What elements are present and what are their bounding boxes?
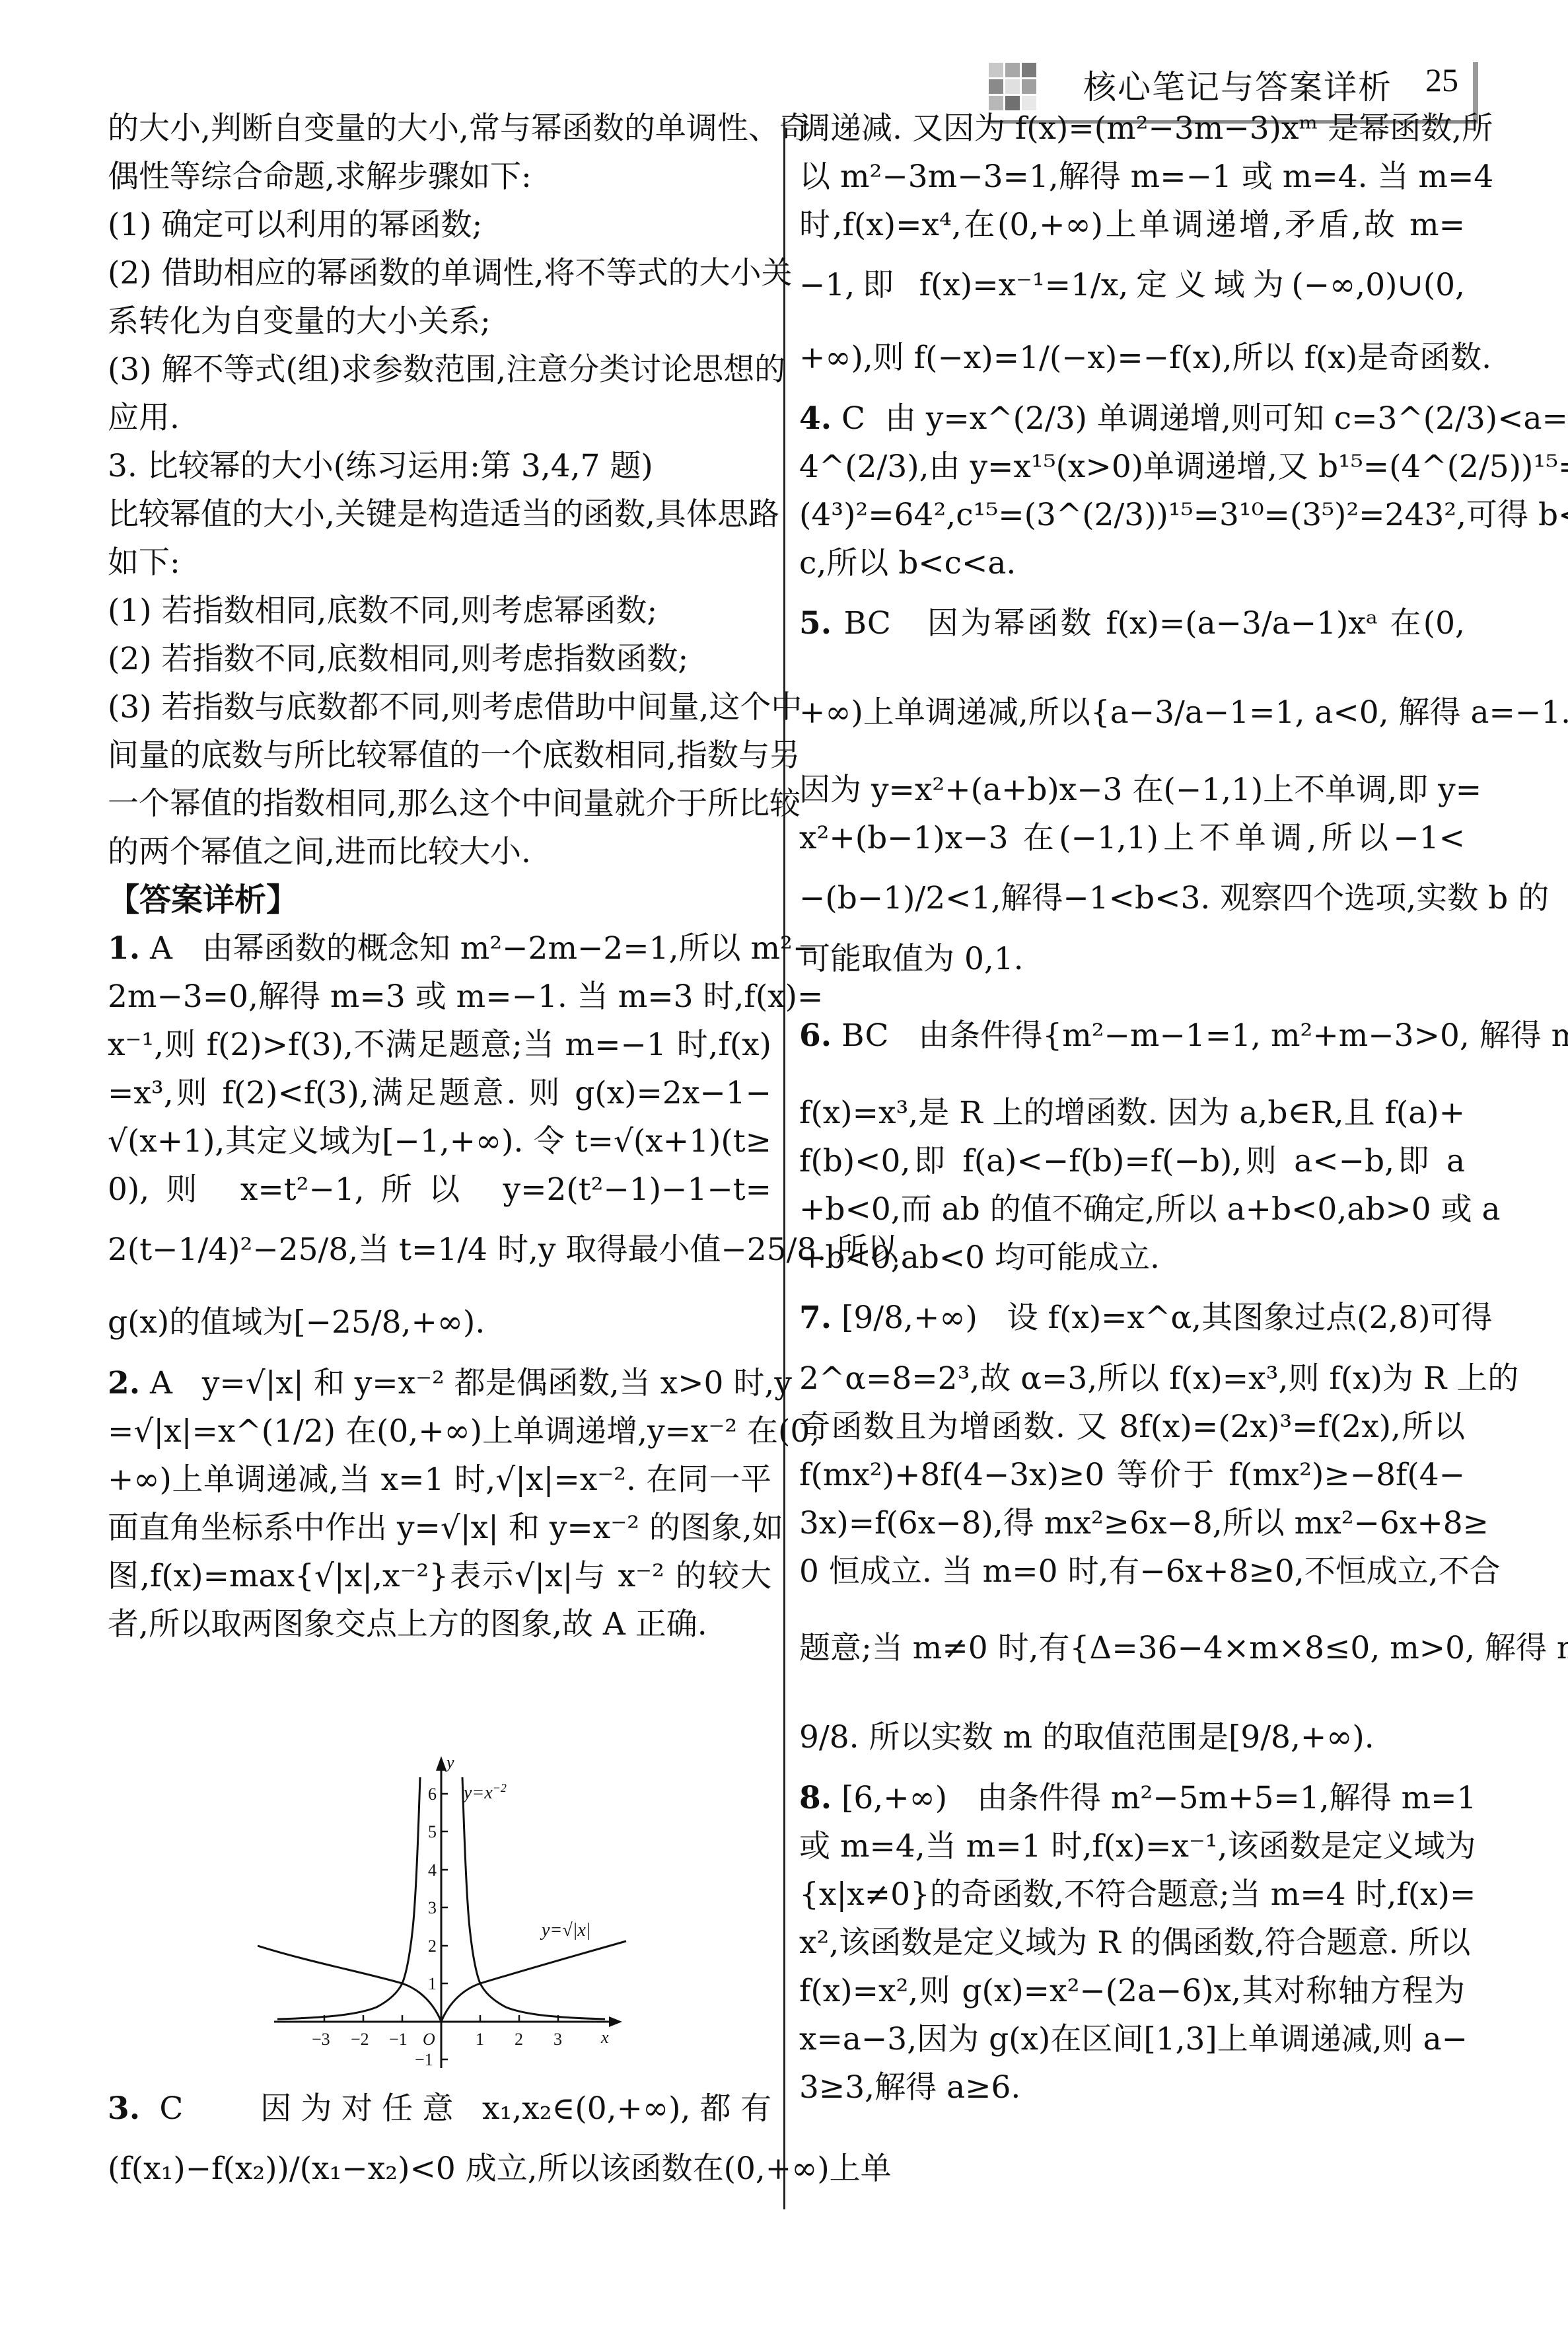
answer-line: (4³)²=64²,c¹⁵=(3^(2/3))¹⁵=3¹⁰=(3⁵)²=243²… [799, 491, 1465, 539]
page-number: 25 [1425, 61, 1458, 99]
svg-text:1: 1 [428, 1974, 437, 1993]
svg-text:−1: −1 [389, 2030, 408, 2049]
answer-line: √(x+1),其定义域为[−1,+∞). 令 t=√(x+1)(t≥ [108, 1117, 771, 1165]
answer-line: 奇函数且为增函数. 又 8f(x)=(2x)³=f(2x),所以 [799, 1403, 1465, 1451]
answer-line: 9/8. 所以实数 m 的取值范围是[9/8,+∞). [799, 1701, 1465, 1774]
text-line: 的两个幂值之间,进而比较大小. [108, 828, 771, 876]
answer-line: 5. BC 因为幂函数 f(x)=(a−3/a−1)xᵃ 在(0, [799, 587, 1465, 660]
answer-choice: C [841, 400, 865, 437]
text-line: (3) 若指数与底数都不同,则考虑借助中间量,这个中 [108, 683, 771, 731]
curve-labels: y=x−2 y=√|x| [462, 1781, 591, 1940]
answer-choice: C [159, 2090, 183, 2127]
answer-line: 1. A 由幂函数的概念知 m²−2m−2=1,所以 m²− [108, 924, 771, 973]
answer-line: 4. C 由 y=x^(2/3) 单调递增,则可知 c=3^(2/3)<a=2^… [799, 394, 1465, 443]
answer-line: =x³,则 f(2)<f(3),满足题意. 则 g(x)=2x−1− [108, 1069, 771, 1117]
x-axis-arrow-icon [609, 2016, 622, 2027]
text-line: 间量的底数与所比较幂值的一个底数相同,指数与另 [108, 731, 771, 780]
svg-text:−2: −2 [351, 2030, 369, 2049]
svg-text:3: 3 [553, 2030, 562, 2049]
answer-line: 6. BC 由条件得{m²−m−1=1, m²+m−3>0, 解得 m=2,所以 [799, 983, 1465, 1089]
text-line: (1) 确定可以利用的幂函数; [108, 201, 771, 249]
svg-text:−1: −1 [415, 2050, 433, 2069]
logo-square [1022, 63, 1036, 77]
svg-text:5: 5 [428, 1822, 437, 1841]
text-line: 调递减. 又因为 f(x)=(m²−3m−3)xᵐ 是幂函数,所 [799, 104, 1465, 153]
logo-square [1005, 79, 1020, 94]
text-line: (2) 借助相应的幂函数的单调性,将不等式的大小关 [108, 249, 771, 297]
text-line: 系转化为自变量的大小关系; [108, 297, 771, 346]
answer-line: 因为 y=x²+(a+b)x−3 在(−1,1)上不单调,即 y= [799, 766, 1465, 814]
svg-text:6: 6 [428, 1785, 437, 1804]
answer-number: 1. [108, 930, 140, 967]
answer-line: 者,所以取两图象交点上方的图象,故 A 正确. [108, 1600, 771, 1648]
answer-line: x²,该函数是定义域为 R 的偶函数,符合题意. 所以 [799, 1919, 1465, 1967]
answer-line: 3≥3,解得 a≥6. [799, 2063, 1465, 2112]
answer-line: 图,f(x)=max{√|x|,x⁻²}表示√|x|与 x⁻² 的较大 [108, 1552, 771, 1600]
answer-number: 6. [799, 1017, 832, 1054]
answer-choice: BC [841, 1017, 888, 1054]
answer-line: 7. [9/8,+∞) 设 f(x)=x^α,其图象过点(2,8)可得 [799, 1282, 1465, 1354]
answer-line: f(x)=x²,则 g(x)=x²−(2a−6)x,其对称轴方程为 [799, 1967, 1465, 2015]
answer-line: x⁻¹,则 f(2)>f(3),不满足题意;当 m=−1 时,f(x) [108, 1021, 771, 1069]
answer-number: 2. [108, 1365, 140, 1401]
answer-3: 3. C 因为对任意 x₁,x₂∈(0,+∞),都有 (f(x₁)−f(x₂))… [108, 2085, 771, 2205]
answer-line: 2. A y=√|x| 和 y=x⁻² 都是偶函数,当 x>0 时,y [108, 1359, 771, 1407]
text-line: 的大小,判断自变量的大小,常与幂函数的单调性、奇 [108, 104, 771, 153]
svg-text:2: 2 [515, 2030, 523, 2049]
answer-line: 0),则 x=t²−1,所以 y=2(t²−1)−1−t= [108, 1165, 771, 1214]
answer-choice: A [150, 930, 172, 967]
left-column-bottom: 3. C 因为对任意 x₁,x₂∈(0,+∞),都有 (f(x₁)−f(x₂))… [108, 2085, 771, 2205]
answer-choice: BC [843, 605, 890, 642]
answer-1: 1. A 由幂函数的概念知 m²−2m−2=1,所以 m²− 2m−3=0,解得… [108, 924, 771, 1359]
answer-number: 3. [108, 2090, 140, 2127]
function-graph-figure: −3−2−1 O 123 x 123 456 −1 y y=x−2 y=√|x| [258, 1744, 641, 2075]
label-sqrt-abs-x: y=√|x| [540, 1920, 591, 1940]
svg-text:2: 2 [428, 1937, 437, 1956]
text-line: (1) 若指数相同,底数不同,则考虑幂函数; [108, 587, 771, 635]
left-column: 的大小,判断自变量的大小,常与幂函数的单调性、奇 偶性等综合命题,求解步骤如下:… [108, 104, 771, 1648]
answer-text: 因为幂函数 f(x)=(a−3/a−1)xᵃ 在(0, [927, 605, 1465, 642]
text-line: 如下: [108, 538, 771, 587]
answer-5: 5. BC 因为幂函数 f(x)=(a−3/a−1)xᵃ 在(0, +∞)上单调… [799, 587, 1465, 983]
answer-line: f(b)<0,即 f(a)<−f(b)=f(−b),则 a<−b,即 a [799, 1137, 1465, 1185]
text-line: (3) 解不等式(组)求参数范围,注意分类讨论思想的 [108, 346, 771, 394]
subsection-heading: 3. 比较幂的大小(练习运用:第 3,4,7 题) [108, 442, 771, 490]
answer-line: 面直角坐标系中作出 y=√|x| 和 y=x⁻² 的图象,如 [108, 1504, 771, 1552]
answer-line: 8. [6,+∞) 由条件得 m²−5m+5=1,解得 m=1 [799, 1774, 1465, 1822]
answer-line: =√|x|=x^(1/2) 在(0,+∞)上单调递增,y=x⁻² 在(0, [108, 1407, 771, 1456]
logo-square [1005, 63, 1020, 77]
answer-line: 0 恒成立. 当 m=0 时,有−6x+8≥0,不恒成立,不合 [799, 1547, 1465, 1596]
answer-line: 3x)=f(6x−8),得 mx²≥6x−8,所以 mx²−6x+8≥ [799, 1499, 1465, 1547]
answer-6: 6. BC 由条件得{m²−m−1=1, m²+m−3>0, 解得 m=2,所以… [799, 983, 1465, 1282]
svg-text:4: 4 [428, 1861, 437, 1880]
answer-choice: A [150, 1365, 172, 1401]
svg-text:O: O [423, 2030, 435, 2049]
column-divider [783, 118, 785, 2209]
answer-7: 7. [9/8,+∞) 设 f(x)=x^α,其图象过点(2,8)可得 2^α=… [799, 1282, 1465, 1774]
svg-text:x: x [600, 2028, 609, 2047]
answer-text: 由幂函数的概念知 m²−2m−2=1,所以 m²− [202, 930, 818, 967]
answer-number: 4. [799, 400, 832, 437]
answer-text: 因为对任意 x₁,x₂∈(0,+∞),都有 [260, 2090, 771, 2127]
answer-line: +∞)上单调递减,当 x=1 时,√|x|=x⁻². 在同一平 [108, 1456, 771, 1504]
answer-8: 8. [6,+∞) 由条件得 m²−5m+5=1,解得 m=1 或 m=4,当 … [799, 1774, 1465, 2112]
text-line: 以 m²−3m−3=1,解得 m=−1 或 m=4. 当 m=4 [799, 153, 1465, 201]
answer-line: c,所以 b<c<a. [799, 539, 1465, 587]
graph-svg: −3−2−1 O 123 x 123 456 −1 y y=x−2 y=√|x| [258, 1744, 641, 2075]
answer-choice: [6,+∞) [841, 1780, 947, 1816]
answer-4: 4. C 由 y=x^(2/3) 单调递增,则可知 c=3^(2/3)<a=2^… [799, 394, 1465, 587]
text-line: 一个幂值的指数相同,那么这个中间量就介于所比较 [108, 780, 771, 828]
text-line: +∞),则 f(−x)=1/(−x)=−f(x),所以 f(x)是奇函数. [799, 322, 1465, 394]
text-line: 应用. [108, 394, 771, 442]
text-line: 比较幂值的大小,关键是构造适当的函数,具体思路 [108, 490, 771, 538]
text-line: 时,f(x)=x⁴,在(0,+∞)上单调递增,矛盾,故 m= [799, 201, 1465, 249]
answer-line: 或 m=4,当 m=1 时,f(x)=x⁻¹,该函数是定义域为 [799, 1822, 1465, 1870]
answer-line: +∞)上单调递减,所以{a−3/a−1=1, a<0, 解得 a=−1. [799, 660, 1465, 766]
answer-line: (f(x₁)−f(x₂))/(x₁−x₂)<0 成立,所以该函数在(0,+∞)上… [108, 2133, 771, 2205]
right-column: 调递减. 又因为 f(x)=(m²−3m−3)xᵐ 是幂函数,所 以 m²−3m… [799, 104, 1465, 2112]
answer-line: x²+(b−1)x−3 在(−1,1)上不单调,所以−1< [799, 814, 1465, 862]
answer-line: 2m−3=0,解得 m=3 或 m=−1. 当 m=3 时,f(x)= [108, 973, 771, 1021]
svg-text:3: 3 [428, 1898, 437, 1917]
answer-choice: [9/8,+∞) [841, 1300, 978, 1336]
label-x-inverse-square: y=x−2 [462, 1781, 507, 1803]
answer-2: 2. A y=√|x| 和 y=x⁻² 都是偶函数,当 x>0 时,y =√|x… [108, 1359, 771, 1648]
section-title-answers: 【答案详析】 [108, 876, 771, 924]
answer-line: f(mx²)+8f(4−3x)≥0 等价于 f(mx²)≥−8f(4− [799, 1451, 1465, 1499]
answer-number: 7. [799, 1300, 832, 1336]
svg-text:−3: −3 [312, 2030, 330, 2049]
text-line: (2) 若指数不同,底数相同,则考虑指数函数; [108, 635, 771, 683]
logo-square [989, 63, 1003, 77]
answer-line: g(x)的值域为[−25/8,+∞). [108, 1286, 771, 1359]
answer-line: 2(t−1/4)²−25/8,当 t=1/4 时,y 取得最小值−25/8. 所… [108, 1214, 771, 1286]
answer-number: 8. [799, 1780, 832, 1816]
header-logo-icon [989, 63, 1036, 110]
answer-line: 题意;当 m≠0 时,有{Δ=36−4×m×8≤0, m>0, 解得 m≥ [799, 1596, 1465, 1701]
answer-text: 由条件得 m²−5m+5=1,解得 m=1 [977, 1780, 1477, 1816]
answer-text: y=√|x| 和 y=x⁻² 都是偶函数,当 x>0 时,y [202, 1365, 792, 1401]
answer-line: +b<0,而 ab 的值不确定,所以 a+b<0,ab>0 或 a [799, 1185, 1465, 1234]
answer-text: 由 y=x^(2/3) 单调递增,则可知 c=3^(2/3)<a=2^(4/3)… [885, 400, 1568, 437]
running-header-title: 核心笔记与答案详析 [1083, 61, 1392, 108]
y-axis-arrow-icon [436, 1756, 446, 1771]
answer-line: 4^(2/3),由 y=x¹⁵(x>0)单调递增,又 b¹⁵=(4^(2/5))… [799, 443, 1465, 491]
answer-line: f(x)=x³,是 R 上的增函数. 因为 a,b∈R,且 f(a)+ [799, 1089, 1465, 1137]
answer-line: {x|x≠0}的奇函数,不符合题意;当 m=4 时,f(x)= [799, 1870, 1465, 1919]
logo-square [989, 79, 1003, 94]
answer-line: 可能取值为 0,1. [799, 935, 1465, 983]
answer-line: x=a−3,因为 g(x)在区间[1,3]上单调递减,则 a− [799, 2015, 1465, 2063]
answer-line: 2^α=8=2³,故 α=3,所以 f(x)=x³,则 f(x)为 R 上的 [799, 1354, 1465, 1403]
answer-text: 由条件得{m²−m−1=1, m²+m−3>0, 解得 m=2,所以 [918, 1017, 1568, 1054]
answer-line: −(b−1)/2<1,解得−1<b<3. 观察四个选项,实数 b 的 [799, 862, 1465, 935]
answer-text: 设 f(x)=x^α,其图象过点(2,8)可得 [1007, 1300, 1493, 1336]
answer-line: +b<0,ab<0 均可能成立. [799, 1234, 1465, 1282]
svg-text:1: 1 [476, 2030, 484, 2049]
answer-number: 5. [799, 605, 832, 642]
svg-text:y: y [445, 1753, 454, 1772]
text-line: −1,即 f(x)=x⁻¹=1/x,定义域为(−∞,0)∪(0, [799, 249, 1465, 322]
text-line: 偶性等综合命题,求解步骤如下: [108, 153, 771, 201]
logo-square [1022, 79, 1036, 94]
answer-line: 3. C 因为对任意 x₁,x₂∈(0,+∞),都有 [108, 2085, 771, 2133]
